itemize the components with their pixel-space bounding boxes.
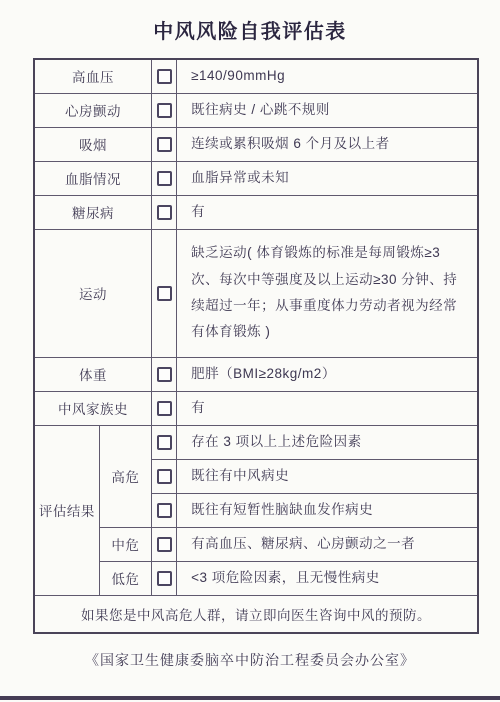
medium-risk-checkbox[interactable]: [157, 537, 172, 552]
diabetes-checkbox[interactable]: [157, 205, 172, 220]
risk-factor-description: 既往病史 / 心跳不规则: [177, 93, 478, 127]
risk-factor-label: 运动: [34, 229, 152, 357]
row-diabetes: 糖尿病 有: [34, 195, 478, 229]
risk-factor-label: 中风家族史: [34, 391, 152, 425]
risk-factor-label: 体重: [34, 357, 152, 391]
risk-factor-label: 吸烟: [34, 127, 152, 161]
hypertension-checkbox[interactable]: [157, 69, 172, 84]
assessment-form-page: 中风风险自我评估表 高血压 ≥140/90mmHg 心房颤动 既往病史 / 心跳…: [0, 15, 500, 670]
assessment-result-label: 评估结果: [34, 425, 99, 595]
risk-factor-description: 有: [177, 391, 478, 425]
row-advice-note: 如果您是中风高危人群，请立即向医生咨询中风的预防。: [34, 595, 478, 633]
risk-factor-label: 糖尿病: [34, 195, 152, 229]
risk-level-high: 高危: [99, 425, 151, 527]
risk-factor-description: 连续或累积吸烟 6 个月及以上者: [177, 127, 478, 161]
bottom-bar: [0, 696, 500, 700]
assessment-item-description: 既往有短暂性脑缺血发作病史: [177, 493, 478, 527]
risk-factor-label: 高血压: [34, 59, 152, 93]
exercise-checkbox[interactable]: [157, 286, 172, 301]
row-hypertension: 高血压 ≥140/90mmHg: [34, 59, 478, 93]
risk-factor-label: 血脂情况: [34, 161, 152, 195]
advice-note: 如果您是中风高危人群，请立即向医生咨询中风的预防。: [34, 595, 478, 633]
smoking-checkbox[interactable]: [157, 137, 172, 152]
row-assessment-low-risk: 低危 <3 项危险因素，且无慢性病史: [34, 561, 478, 595]
source-caption: 《国家卫生健康委脑卒中防治工程委员会办公室》: [0, 650, 500, 670]
row-assessment-high-risk-1: 评估结果 高危 存在 3 项以上上述危险因素: [34, 425, 478, 459]
high-risk-factor-count-checkbox[interactable]: [157, 435, 172, 450]
risk-factor-description: ≥140/90mmHg: [177, 59, 478, 93]
risk-assessment-table: 高血压 ≥140/90mmHg 心房颤动 既往病史 / 心跳不规则 吸烟 连续或…: [33, 58, 479, 634]
risk-factor-description: 有: [177, 195, 478, 229]
assessment-item-description: 既往有中风病史: [177, 459, 478, 493]
risk-level-low: 低危: [99, 561, 151, 595]
prior-tia-checkbox[interactable]: [157, 503, 172, 518]
assessment-item-description: 有高血压、糖尿病、心房颤动之一者: [177, 527, 478, 561]
risk-level-medium: 中危: [99, 527, 151, 561]
row-blood-lipid: 血脂情况 血脂异常或未知: [34, 161, 478, 195]
row-weight: 体重 肥胖（BMI≥28kg/m2）: [34, 357, 478, 391]
assessment-item-description: <3 项危险因素，且无慢性病史: [177, 561, 478, 595]
row-atrial-fibrillation: 心房颤动 既往病史 / 心跳不规则: [34, 93, 478, 127]
row-family-history: 中风家族史 有: [34, 391, 478, 425]
assessment-item-description: 存在 3 项以上上述危险因素: [177, 425, 478, 459]
blood-lipid-checkbox[interactable]: [157, 171, 172, 186]
low-risk-checkbox[interactable]: [157, 571, 172, 586]
risk-factor-description: 血脂异常或未知: [177, 161, 478, 195]
prior-stroke-checkbox[interactable]: [157, 469, 172, 484]
page-title: 中风风险自我评估表: [0, 15, 500, 44]
family-history-checkbox[interactable]: [157, 401, 172, 416]
row-assessment-medium-risk: 中危 有高血压、糖尿病、心房颤动之一者: [34, 527, 478, 561]
row-exercise: 运动 缺乏运动( 体育锻炼的标准是每周锻炼≥3 次、每次中等强度及以上运动≥30…: [34, 229, 478, 357]
row-smoking: 吸烟 连续或累积吸烟 6 个月及以上者: [34, 127, 478, 161]
risk-factor-description: 缺乏运动( 体育锻炼的标准是每周锻炼≥3 次、每次中等强度及以上运动≥30 分钟…: [177, 229, 478, 357]
atrial-fibrillation-checkbox[interactable]: [157, 103, 172, 118]
weight-checkbox[interactable]: [157, 367, 172, 382]
risk-factor-description: 肥胖（BMI≥28kg/m2）: [177, 357, 478, 391]
risk-factor-label: 心房颤动: [34, 93, 152, 127]
